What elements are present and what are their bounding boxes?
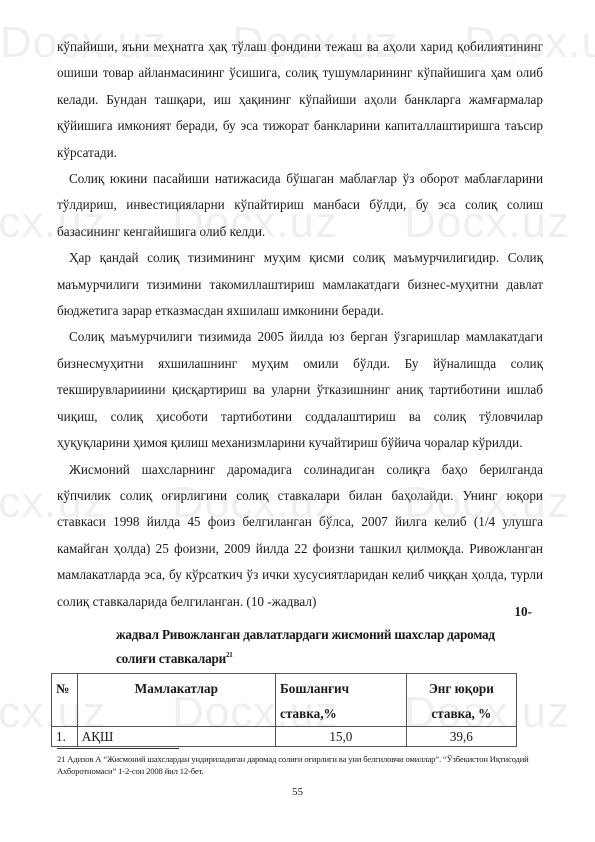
footnote: 21 Адизов А “Жисмоний шахслардан ундирил… [57,753,547,777]
paragraph: Солиқ юкини пасайиши натижасида бўшаган … [57,166,543,245]
footnote-separator [57,748,179,749]
header-countries: Мамлакатлар [77,674,275,727]
table-header-row: № Мамлакатлар Бошланғич ставка,% Энг юқо… [52,674,517,727]
table-caption-text: жадвал Ривожланган давлатлардаги жисмони… [116,627,495,666]
document-body: кўпайиши, яъни меҳнатга ҳақ тўлаш фондин… [57,34,543,615]
cell-initial-rate: 15,0 [276,727,407,747]
header-top-rate: Энг юқори ставка, % [406,674,516,727]
footnote-reference[interactable]: 21 [226,651,233,659]
cell-country: АҚШ [77,727,275,747]
tax-rates-table: № Мамлакатлар Бошланғич ставка,% Энг юқо… [51,673,517,747]
cell-number: 1. [52,727,78,747]
header-initial-rate: Бошланғич ставка,% [276,674,407,727]
header-number: № [52,674,78,727]
paragraph: Солиқ маъмурчилиги тизимида 2005 йилда ю… [57,324,543,456]
paragraph: кўпайиши, яъни меҳнатга ҳақ тўлаш фондин… [57,34,543,166]
table-caption-title: жадвал Ривожланган давлатлардаги жисмони… [116,623,536,671]
table-row: 1. АҚШ 15,0 39,6 [52,727,517,747]
cell-top-rate: 39,6 [406,727,516,747]
table-caption-number: 10- [480,599,532,625]
page-number: 55 [0,786,595,798]
paragraph: Ҳар қандай солиқ тизимининг муҳим қисми … [57,245,543,324]
paragraph: Жисмоний шахсларнинг даромадига солинади… [57,457,543,615]
